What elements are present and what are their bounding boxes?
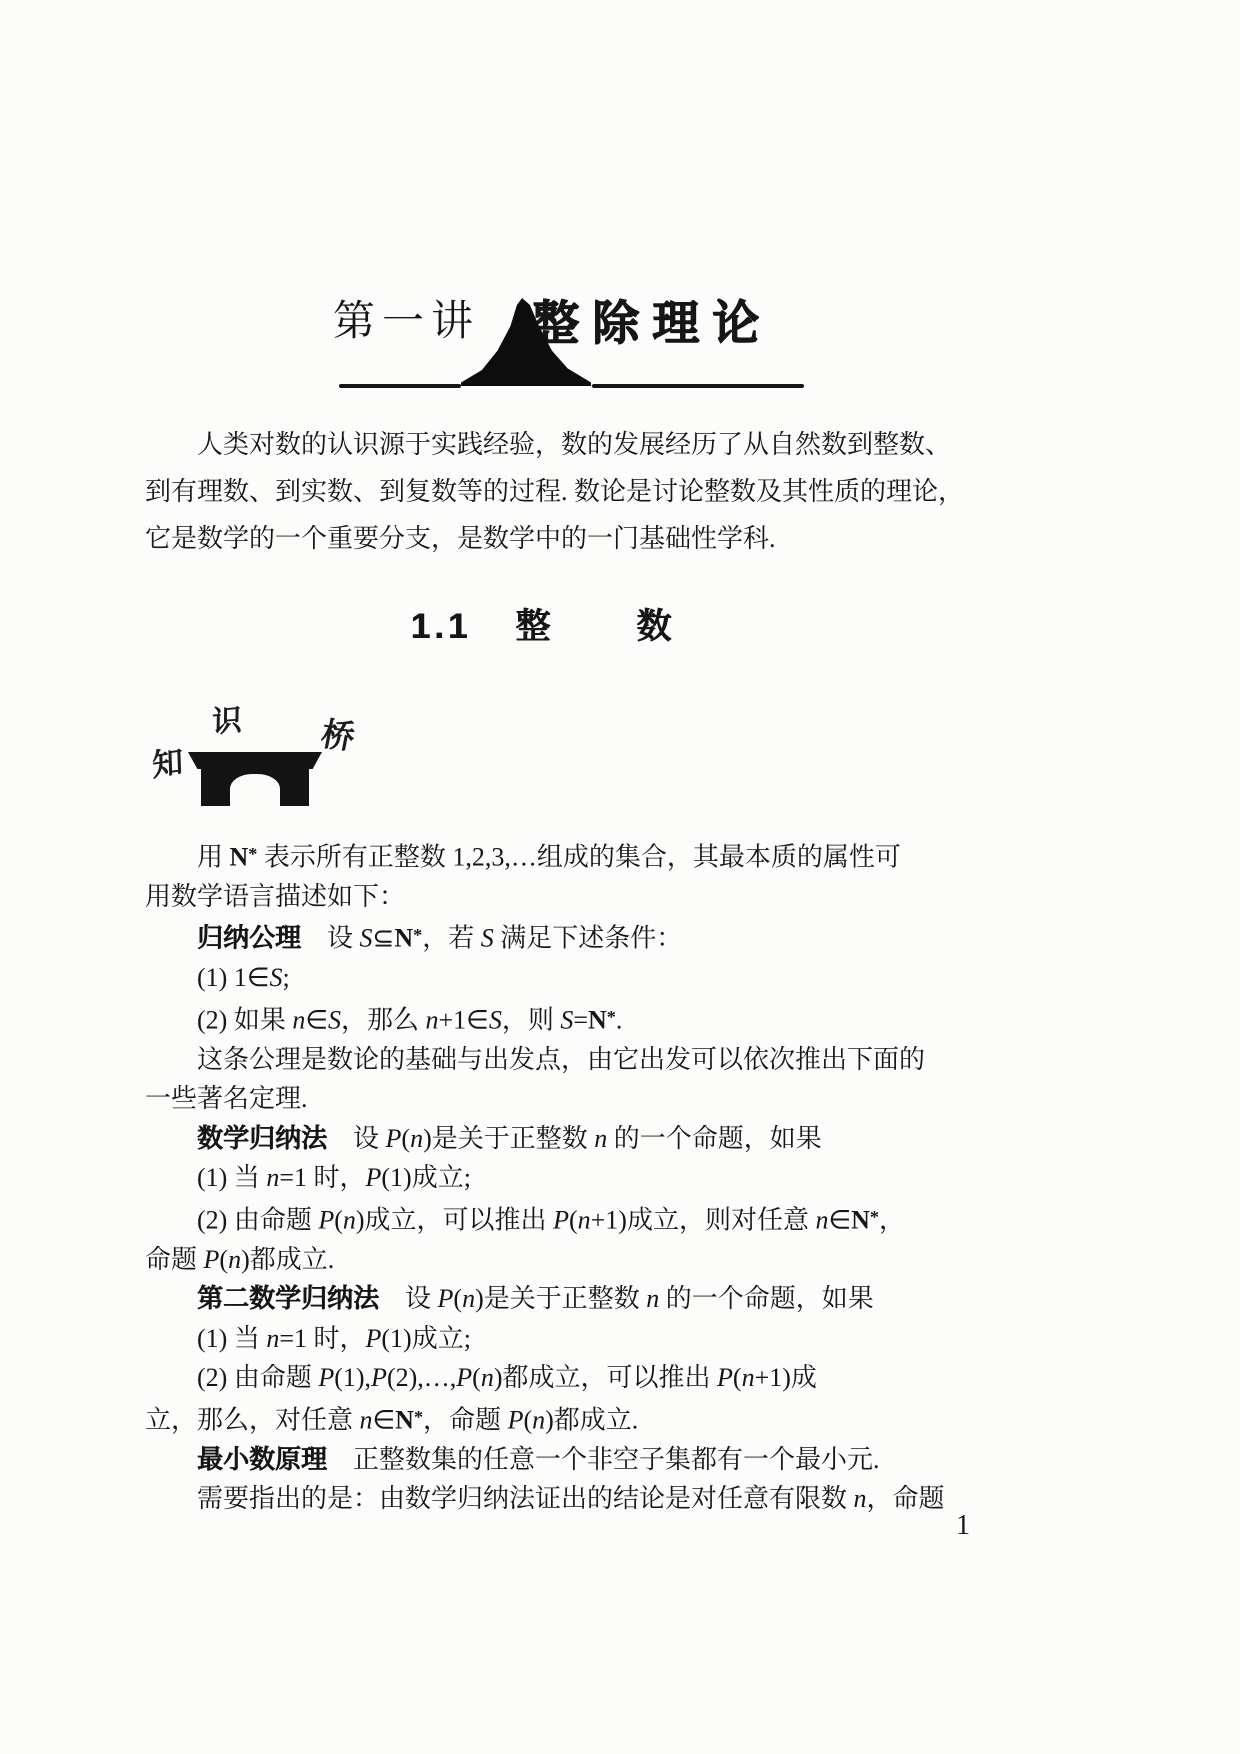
text-segment: ，若 xyxy=(422,924,481,953)
text-segment: ，那么 xyxy=(341,1005,426,1034)
text-segment: 人类对数的认识源于实践经验，数的发展经历了从自然数到整数、 xyxy=(197,430,951,459)
text-segment: ， xyxy=(879,1205,905,1234)
text-segment: =1 时， xyxy=(279,1324,365,1353)
text-line: 第二数学归纳法 设 P(n)是关于正整数 n 的一个命题，如果 xyxy=(145,1279,945,1319)
text-segment: 设 xyxy=(301,924,360,953)
text-segment: n xyxy=(481,1363,494,1392)
text-segment: ∈ xyxy=(828,1205,851,1234)
text-segment: (1)成立; xyxy=(381,1324,471,1353)
text-segment: n xyxy=(532,1405,545,1434)
section-title: 整数 xyxy=(515,607,757,646)
bridge-icon xyxy=(188,748,322,806)
superscript-star: * xyxy=(413,925,422,945)
text-segment: n xyxy=(854,1484,867,1513)
body-text: 用 N* 表示所有正整数 1,2,3,…组成的集合，其最本质的属性可用数学语言描… xyxy=(145,835,945,1519)
chapter-number-text: 第一讲 xyxy=(333,292,480,352)
text-segment: P xyxy=(438,1284,454,1313)
text-segment: n xyxy=(646,1284,659,1313)
text-segment: N xyxy=(395,1405,414,1434)
section-number: 1.1 xyxy=(411,607,472,646)
text-segment: 设 xyxy=(379,1284,438,1313)
text-segment: (1) 当 xyxy=(197,1163,266,1192)
text-line: (1) 当 n=1 时，P(1)成立; xyxy=(145,1319,945,1359)
text-line: (1) 当 n=1 时，P(1)成立; xyxy=(145,1158,945,1198)
text-segment: n xyxy=(462,1284,475,1313)
text-segment: n xyxy=(594,1124,607,1153)
text-segment: 最小数原理 xyxy=(197,1444,327,1474)
text-segment: S xyxy=(560,1005,573,1034)
text-segment: )是关于正整数 xyxy=(423,1124,594,1153)
text-segment: ( xyxy=(523,1405,532,1434)
text-segment: ( xyxy=(569,1205,578,1234)
text-segment: ，命题 xyxy=(867,1484,945,1513)
text-segment: S xyxy=(489,1005,502,1034)
text-segment: n xyxy=(426,1005,439,1034)
text-segment: (2) 由命题 xyxy=(197,1363,318,1392)
text-line: 最小数原理 正整数集的任意一个非空子集都有一个最小元. xyxy=(145,1440,945,1480)
chapter-title-row: 第一讲 整除理论 xyxy=(333,292,811,352)
section-heading: 1.1整数 xyxy=(145,604,937,650)
underline-left-segment xyxy=(339,384,461,388)
text-segment: N xyxy=(230,842,249,871)
chapter-name-text: 整除理论 xyxy=(532,294,772,352)
text-segment: S xyxy=(269,963,282,992)
superscript-star: * xyxy=(414,1407,423,1427)
text-segment: 需要指出的是：由数学归纳法证出的结论是对任意有限数 xyxy=(197,1484,854,1513)
text-segment: 满足下述条件： xyxy=(494,924,683,953)
text-segment: (2),…, xyxy=(387,1363,456,1392)
title-underline xyxy=(333,384,811,389)
text-segment: ; xyxy=(282,963,289,992)
text-segment: ⊆ xyxy=(373,924,395,953)
text-segment: ∈ xyxy=(305,1005,328,1034)
text-segment: n xyxy=(360,1405,373,1434)
text-segment: P xyxy=(456,1363,472,1392)
text-segment: . xyxy=(616,1005,623,1034)
text-segment: )是关于正整数 xyxy=(475,1284,646,1313)
chapter-title: 第一讲 整除理论 xyxy=(333,292,811,389)
text-segment: ，命题 xyxy=(423,1405,508,1434)
text-segment: n xyxy=(815,1205,828,1234)
text-line: 这条公理是数论的基础与出发点，由它出发可以依次推出下面的 xyxy=(145,1040,945,1080)
text-segment: (2) 由命题 xyxy=(197,1205,318,1234)
text-segment: 命题 xyxy=(145,1245,204,1274)
text-segment: (2) 如果 xyxy=(197,1005,292,1034)
text-segment: 一些著名定理. xyxy=(145,1084,308,1113)
intro-paragraph: 人类对数的认识源于实践经验，数的发展经历了从自然数到整数、到有理数、到实数、到复… xyxy=(145,421,945,562)
text-segment: ( xyxy=(334,1205,343,1234)
text-segment: 第二数学归纳法 xyxy=(197,1283,379,1313)
text-line: 一些著名定理. xyxy=(145,1079,945,1119)
text-segment: 用数学语言描述如下： xyxy=(145,882,405,911)
text-segment: 到有理数、到实数、到复数等的过程. 数论是讨论整数及其性质的理论， xyxy=(145,477,964,506)
text-segment: N xyxy=(394,924,413,953)
text-segment: )都成立，可以推出 xyxy=(494,1363,717,1392)
text-line: 数学归纳法 设 P(n)是关于正整数 n 的一个命题，如果 xyxy=(145,1119,945,1159)
text-line: 用 N* 表示所有正整数 1,2,3,…组成的集合，其最本质的属性可 xyxy=(145,835,945,877)
page-number: 1 xyxy=(956,1508,970,1544)
text-segment: n xyxy=(343,1205,356,1234)
text-segment: ( xyxy=(219,1245,228,1274)
text-segment: (1)成立; xyxy=(381,1163,471,1192)
text-segment: 归纳公理 xyxy=(197,923,301,953)
text-segment: S xyxy=(360,924,373,953)
text-segment: 的一个命题，如果 xyxy=(607,1124,822,1153)
bridge-word-left: 知 xyxy=(151,736,183,786)
text-segment: 设 xyxy=(327,1124,386,1153)
superscript-star: * xyxy=(607,1007,616,1027)
text-segment: ( xyxy=(401,1124,410,1153)
text-segment: P xyxy=(371,1363,387,1392)
text-line: 用数学语言描述如下： xyxy=(145,877,945,917)
text-segment: 用 xyxy=(197,842,230,871)
text-line: 人类对数的认识源于实践经验，数的发展经历了从自然数到整数、 xyxy=(145,421,945,468)
text-segment: P xyxy=(386,1124,402,1153)
text-segment: n xyxy=(292,1005,305,1034)
text-segment: 这条公理是数论的基础与出发点，由它出发可以依次推出下面的 xyxy=(197,1045,925,1074)
text-segment: +1∈ xyxy=(439,1005,489,1034)
text-segment: n xyxy=(266,1324,279,1353)
text-segment: (1) 1∈ xyxy=(197,963,269,992)
text-segment: P xyxy=(366,1324,382,1353)
text-segment: P xyxy=(366,1163,382,1192)
text-segment: = xyxy=(573,1005,588,1034)
text-segment: 的一个命题，如果 xyxy=(659,1284,874,1313)
text-segment: n xyxy=(228,1245,241,1274)
superscript-star: * xyxy=(870,1207,879,1227)
text-line: 它是数学的一个重要分支，是数学中的一门基础性学科. xyxy=(145,515,945,562)
text-line: 需要指出的是：由数学归纳法证出的结论是对任意有限数 n，命题 xyxy=(145,1479,945,1519)
bridge-word-top: 识 xyxy=(212,695,243,742)
text-segment: 立，那么，对任意 xyxy=(145,1405,360,1434)
underline-right-segment xyxy=(592,384,804,388)
knowledge-bridge: 知 识 桥 xyxy=(150,694,370,816)
text-line: (2) 由命题 P(n)成立，可以推出 P(n+1)成立，则对任意 n∈N*， xyxy=(145,1198,945,1240)
text-segment: (1), xyxy=(334,1363,371,1392)
text-segment: P xyxy=(508,1405,524,1434)
text-segment: ( xyxy=(733,1363,742,1392)
text-segment: P xyxy=(318,1205,334,1234)
text-line: 命题 P(n)都成立. xyxy=(145,1240,945,1280)
text-segment: ( xyxy=(453,1284,462,1313)
text-segment: ( xyxy=(472,1363,481,1392)
text-segment: S xyxy=(328,1005,341,1034)
text-segment: n xyxy=(266,1163,279,1192)
text-segment: N xyxy=(588,1005,607,1034)
text-segment: 表示所有正整数 1,2,3,…组成的集合，其最本质的属性可 xyxy=(257,842,901,871)
text-segment: P xyxy=(318,1363,334,1392)
text-line: (2) 由命题 P(1),P(2),…,P(n)都成立，可以推出 P(n+1)成 xyxy=(145,1358,945,1398)
text-segment: P xyxy=(204,1245,220,1274)
text-segment: ∈ xyxy=(373,1405,396,1434)
bridge-word-right: 桥 xyxy=(318,708,360,758)
text-line: (1) 1∈S; xyxy=(145,958,945,998)
text-segment: 它是数学的一个重要分支，是数学中的一门基础性学科. xyxy=(145,524,776,553)
text-segment: )都成立. xyxy=(545,1405,638,1434)
text-segment: S xyxy=(481,924,494,953)
text-line: 到有理数、到实数、到复数等的过程. 数论是讨论整数及其性质的理论， xyxy=(145,468,945,515)
text-segment: 正整数集的任意一个非空子集都有一个最小元. xyxy=(327,1445,880,1474)
text-segment: P xyxy=(553,1205,569,1234)
text-line: (2) 如果 n∈S，那么 n+1∈S，则 S=N*. xyxy=(145,998,945,1040)
text-segment: )成立，可以推出 xyxy=(356,1205,553,1234)
text-segment: ，则 xyxy=(502,1005,561,1034)
bridge-arch xyxy=(230,774,280,807)
text-segment: n xyxy=(742,1363,755,1392)
book-page: 第一讲 整除理论 人类对数的认识源于实践经验，数的发展经历了从自然数到整数、到有… xyxy=(0,0,1240,1754)
text-segment: n xyxy=(410,1124,423,1153)
text-segment: 数学归纳法 xyxy=(197,1123,327,1153)
text-segment: +1)成 xyxy=(755,1363,817,1392)
text-segment: n xyxy=(578,1205,591,1234)
text-segment: P xyxy=(717,1363,733,1392)
text-segment: +1)成立，则对任意 xyxy=(591,1205,816,1234)
text-line: 归纳公理 设 S⊆N*，若 S 满足下述条件： xyxy=(145,916,945,958)
text-segment: N xyxy=(851,1205,870,1234)
text-segment: )都成立. xyxy=(241,1245,334,1274)
text-segment: (1) 当 xyxy=(197,1324,266,1353)
text-segment: =1 时， xyxy=(279,1163,365,1192)
text-line: 立，那么，对任意 n∈N*，命题 P(n)都成立. xyxy=(145,1398,945,1440)
